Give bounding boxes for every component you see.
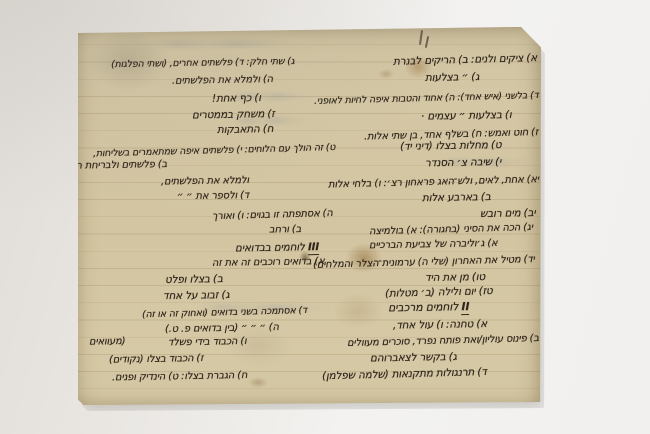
right-column: א) ציקים ולנים: ב) הריקים לבנרתג) ״ בצלע…	[78, 27, 541, 405]
ink-show-through	[438, 159, 530, 166]
ink-show-through	[150, 40, 300, 47]
handwritten-line: ו) הכבוד בידי פשלד	[168, 337, 247, 348]
handwritten-line: א) טחנה: ו) עול אחד,	[393, 319, 487, 331]
stain	[333, 293, 383, 329]
handwritten-line: (מעוואים	[89, 337, 126, 348]
handwritten-line: י) שיבה צ׳ הסנדר	[425, 157, 501, 169]
handwritten-line: ו) בצלעות ״ עצמים ·	[420, 110, 511, 122]
ink-show-through	[228, 93, 314, 100]
handwritten-line: ולמלא את הפלשתים,	[161, 176, 249, 188]
handwritten-line: ז) חוט ואמש: ח) בשלף אחד, בן שתי אלות.	[364, 128, 538, 143]
handwritten-line: ט) זה הולך עם הלוחים: י) פלשתים איפה שמת…	[93, 143, 335, 159]
handwritten-line: ב) בצלו ופלט	[165, 274, 223, 286]
paper-drop-shadow	[82, 33, 545, 411]
stain	[88, 31, 168, 91]
left-column: ג) שתי חלק: ד) פלשתים אחרים, (ושתי הפלגו…	[78, 27, 541, 405]
handwritten-line: ג) זבוב על אחד	[162, 290, 229, 302]
section-header-line: III לוחמים בבדואים	[235, 242, 319, 254]
stain	[346, 243, 382, 273]
stain	[404, 55, 432, 79]
handwritten-line: ה) ״ ״ ״ (בין בדואים פ. ט.)	[165, 323, 279, 335]
section-marker-ii: II	[461, 300, 469, 315]
handwritten-line: ד) אסתמכה בשני בדואים (ואחוק זה או זה)	[142, 306, 307, 320]
handwritten-line: יג) הכה את הסיני (בחגורה): א) בולמיצה	[369, 223, 533, 237]
handwritten-line: ט) מחלות בצלו (דיני יד)	[400, 140, 502, 152]
handwritten-line: א) ציקים ולנים: ב) הריקים לבנרת	[393, 53, 537, 67]
handwritten-line: ה) ולמלא את הפלשתים.	[172, 75, 273, 87]
handwritten-line: ג) ״ בצלעות	[425, 72, 479, 83]
handwritten-line: ג) שתי חלק: ד) פלשתים אחרים, (ושתי הפלגו…	[111, 57, 295, 70]
handwritten-line: ב) ורחב	[269, 225, 301, 236]
screenshot-root: { "document": { "description": "Photogra…	[0, 0, 650, 434]
handwritten-line: ב) פינוס עוליון/ואת פותח נפרד, סוכרים מע…	[347, 334, 539, 349]
handwritten-line: ו) כף אחת!	[212, 93, 261, 104]
stain	[226, 325, 292, 367]
handwritten-line: ב) פלשתים ולבריחת המשפחה פולשת	[13, 160, 167, 173]
handwritten-line: טו) מן את היד	[425, 272, 485, 284]
handwritten-line: ג) בקשר לצאברוהם	[370, 352, 457, 364]
crease-mark	[425, 36, 429, 48]
ink-show-through	[233, 117, 307, 124]
section-title: לוחמים בבדואים	[235, 241, 305, 254]
manuscript-paper: א) ציקים ולנים: ב) הריקים לבנרתג) ״ בצלע…	[78, 27, 541, 405]
ink-show-through	[198, 304, 332, 311]
handwritten-line: יב) מים רובש	[480, 208, 536, 219]
handwritten-line: ד) בלשני (איש אחד): ה) אחוד והטבות איפה …	[314, 91, 539, 106]
section-marker-iii: III	[308, 241, 319, 255]
handwritten-line: טז) יום ולילה (ב׳ מטלות)	[385, 286, 493, 299]
handwritten-line: ה) אסתפתה זו בגוים: ו) ואורך	[212, 209, 333, 222]
section-header-line: II לוחמים מרכבים	[388, 301, 469, 313]
crease-mark	[419, 30, 423, 45]
handwritten-line: ז) משחק בממטרים	[192, 109, 275, 121]
handwritten-line: ז) הכבוד בצלו (נקודים)	[109, 354, 204, 366]
handwritten-line: ב) בארבע אלות	[422, 192, 491, 204]
stain	[248, 377, 268, 388]
handwritten-line: יד) מטיל את האחרון (שלי ה) ערמונית־הצלר …	[313, 255, 535, 271]
handwritten-line: א) ג׳וליברה של צביעת הברכיים	[368, 239, 497, 251]
section-title: לוחמים מרכבים	[388, 300, 458, 314]
handwritten-line: ח) התאבקות	[217, 124, 274, 135]
handwritten-line: ד) ולספר את ״ ״	[177, 191, 249, 202]
handwritten-line: ד) תרנגולות מתקנאות (שלמה שפלמן)	[322, 367, 487, 382]
stain	[299, 251, 311, 263]
stain	[378, 69, 394, 79]
photo-background: א) ציקים ולנים: ב) הריקים לבנרתג) ״ בצלע…	[0, 0, 650, 434]
ruled-lines	[78, 27, 541, 405]
handwritten-line: א) בדואים רוכבים זה את זה	[212, 257, 325, 269]
handwritten-line: יא) אחת, לאים, ולש־האג פראחון רצ׳: ו) בל…	[328, 175, 539, 191]
handwritten-line: ח) הגברת בצלו: ט) הינדיק ופנים.	[112, 371, 247, 383]
